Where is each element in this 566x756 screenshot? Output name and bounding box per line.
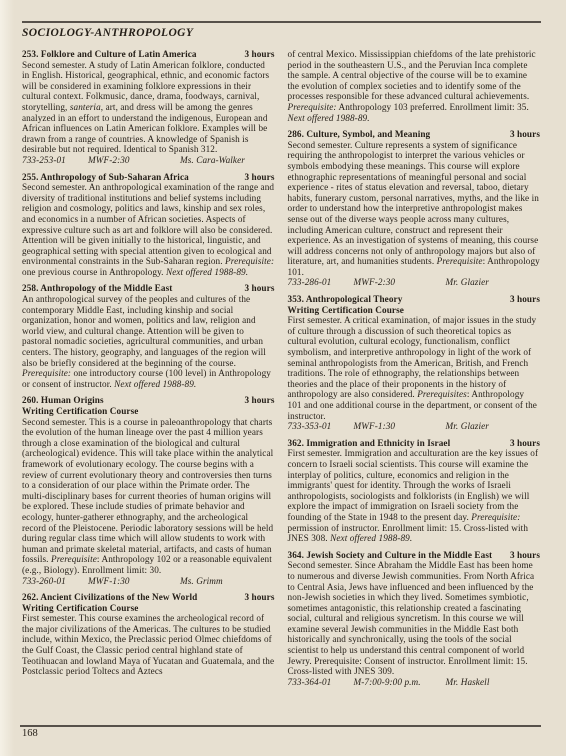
course-entry: 255. Anthropology of Sub-Saharan Africa3… xyxy=(22,172,275,278)
course-schedule: 733-286-01MWF-2:30Mr. Glazier xyxy=(288,277,541,288)
course-description: Second semester. An anthropological exam… xyxy=(22,182,275,277)
course-title-row: 260. Human Origins3 hours xyxy=(22,395,275,406)
course-entry: 260. Human Origins3 hoursWriting Certifi… xyxy=(22,395,275,586)
schedule-instructor: Mr. Haskell xyxy=(446,677,490,688)
course-title: 255. Anthropology of Sub-Saharan Africa xyxy=(22,172,189,183)
section-title: SOCIOLOGY-ANTHROPOLOGY xyxy=(22,27,540,40)
course-hours: 3 hours xyxy=(510,294,540,305)
course-description: First semester. A critical examination, … xyxy=(288,315,541,421)
course-title-row: 286. Culture, Symbol, and Meaning3 hours xyxy=(288,129,541,140)
course-hours: 3 hours xyxy=(244,395,274,406)
header-rule xyxy=(22,21,541,23)
course-columns: 253. Folklore and Culture of Latin Ameri… xyxy=(22,49,540,717)
course-title: 353. Anthropological Theory xyxy=(288,294,403,305)
course-entry: 262. Ancient Civilizations of the New Wo… xyxy=(22,592,275,677)
course-title: 258. Anthropology of the Middle East xyxy=(22,283,172,294)
schedule-instructor: Mr. Glazier xyxy=(446,277,489,288)
left-column: 253. Folklore and Culture of Latin Ameri… xyxy=(22,49,275,717)
course-hours: 3 hours xyxy=(510,438,540,449)
course-entry: 253. Folklore and Culture of Latin Ameri… xyxy=(22,49,275,166)
schedule-code: 733-253-01 xyxy=(22,155,88,166)
course-title: 286. Culture, Symbol, and Meaning xyxy=(288,129,431,140)
schedule-time: MWF-1:30 xyxy=(354,421,446,432)
course-title-row: 353. Anthropological Theory3 hours xyxy=(288,294,541,305)
course-description: Second semester. Since Abraham the Middl… xyxy=(288,560,541,677)
course-title: 364. Jewish Society and Culture in the M… xyxy=(288,550,493,561)
course-title: 262. Ancient Civilizations of the New Wo… xyxy=(22,592,197,603)
course-hours: 3 hours xyxy=(244,592,274,603)
course-description: of central Mexico. Mississippian chiefdo… xyxy=(288,49,541,123)
course-entry: 286. Culture, Symbol, and Meaning3 hours… xyxy=(288,129,541,288)
course-hours: 3 hours xyxy=(244,283,274,294)
schedule-instructor: Mr. Glazier xyxy=(446,421,489,432)
course-title-row: 253. Folklore and Culture of Latin Ameri… xyxy=(22,49,275,60)
course-title-row: 255. Anthropology of Sub-Saharan Africa3… xyxy=(22,172,275,183)
course-title: 253. Folklore and Culture of Latin Ameri… xyxy=(22,49,197,60)
schedule-instructor: Ms. Grimm xyxy=(180,576,223,587)
schedule-time: M-7:00-9:00 p.m. xyxy=(354,677,446,688)
course-hours: 3 hours xyxy=(244,172,274,183)
course-title-row: 258. Anthropology of the Middle East3 ho… xyxy=(22,283,275,294)
course-title-row: 262. Ancient Civilizations of the New Wo… xyxy=(22,592,275,603)
course-schedule: 733-260-01MWF-1:30Ms. Grimm xyxy=(22,576,275,587)
schedule-code: 733-260-01 xyxy=(22,576,88,587)
course-hours: 3 hours xyxy=(244,49,274,60)
course-description: An anthropological survey of the peoples… xyxy=(22,294,275,389)
course-description: First semester. Immigration and accultur… xyxy=(288,448,541,543)
course-entry: 353. Anthropological Theory3 hoursWritin… xyxy=(288,294,541,432)
course-subtitle: Writing Certification Course xyxy=(22,603,275,614)
course-hours: 3 hours xyxy=(510,129,540,140)
course-title-row: 362. Immigration and Ethnicity in Israel… xyxy=(288,438,541,449)
course-subtitle: Writing Certification Course xyxy=(22,406,275,417)
schedule-code: 733-364-01 xyxy=(288,677,354,688)
course-hours: 3 hours xyxy=(510,550,540,561)
course-title: 362. Immigration and Ethnicity in Israel xyxy=(288,438,451,449)
schedule-code: 733-353-01 xyxy=(288,421,354,432)
course-description: Second semester. This is a course in pal… xyxy=(22,417,275,576)
course-description: First semester. This course examines the… xyxy=(22,613,275,677)
course-title-row: 364. Jewish Society and Culture in the M… xyxy=(288,550,541,561)
catalog-page: SOCIOLOGY-ANTHROPOLOGY 253. Folklore and… xyxy=(0,0,566,756)
course-schedule: 733-364-01M-7:00-9:00 p.m.Mr. Haskell xyxy=(288,677,541,688)
course-description: Second semester. Culture represents a sy… xyxy=(288,140,541,278)
course-entry: 364. Jewish Society and Culture in the M… xyxy=(288,550,541,688)
right-column: of central Mexico. Mississippian chiefdo… xyxy=(288,49,541,717)
course-subtitle: Writing Certification Course xyxy=(288,305,541,316)
course-entry: 258. Anthropology of the Middle East3 ho… xyxy=(22,283,275,389)
course-title: 260. Human Origins xyxy=(22,395,104,406)
course-entry: of central Mexico. Mississippian chiefdo… xyxy=(288,49,541,123)
page-number: 168 xyxy=(22,728,38,739)
schedule-time: MWF-2:30 xyxy=(88,155,180,166)
course-entry: 362. Immigration and Ethnicity in Israel… xyxy=(288,438,541,544)
course-schedule: 733-353-01MWF-1:30Mr. Glazier xyxy=(288,421,541,432)
schedule-time: MWF-2:30 xyxy=(354,277,446,288)
course-schedule: 733-253-01MWF-2:30Ms. Cara-Walker xyxy=(22,155,275,166)
schedule-instructor: Ms. Cara-Walker xyxy=(180,155,245,166)
footer-rule xyxy=(20,725,541,727)
schedule-code: 733-286-01 xyxy=(288,277,354,288)
schedule-time: MWF-1:30 xyxy=(88,576,180,587)
course-description: Second semester. A study of Latin Americ… xyxy=(22,60,275,155)
